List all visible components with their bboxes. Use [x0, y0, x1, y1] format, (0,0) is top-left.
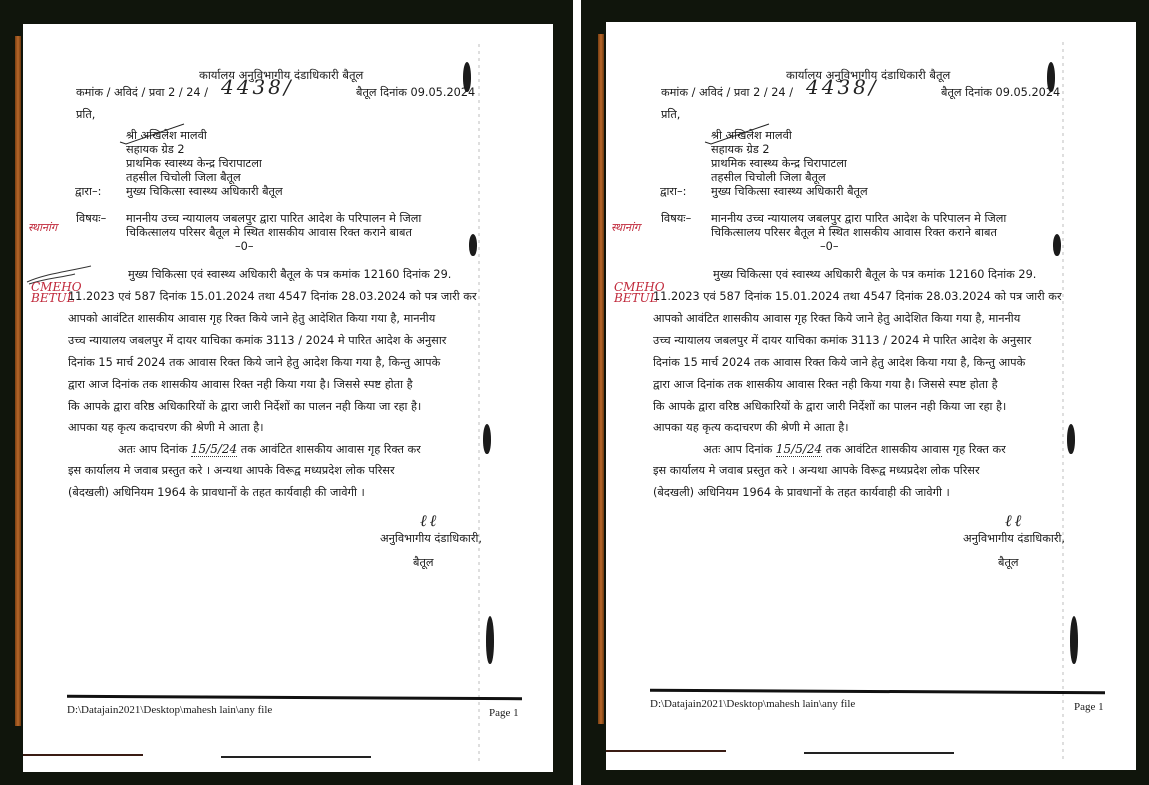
subject-label: विषयः–	[661, 212, 691, 226]
signatory-title: अनुविभागीय दंडाधिकारी,	[963, 532, 1065, 546]
para2-prefix: अतः आप दिनांक	[118, 443, 187, 456]
signature: ℓℓ	[420, 514, 439, 528]
body-line: 11.2023 एवं 587 दिनांक 15.01.2024 तथा 45…	[68, 290, 477, 304]
body-line: उच्च न्यायालय जबलपुर में दायर याचिका कमा…	[68, 334, 446, 348]
through-label: द्वारा–:	[660, 185, 686, 199]
body-line: मुख्य चिकित्सा एवं स्वास्थ्य अधिकारी बैत…	[128, 268, 451, 282]
scan-artifact-line	[221, 756, 371, 758]
fold-crease	[478, 44, 480, 764]
para2-prefix: अतः आप दिनांक	[703, 443, 772, 456]
separator: –0–	[820, 240, 838, 254]
document-page-right: कार्यालय अनुविभागीय दंडाधिकारी बैतूल कमा…	[606, 22, 1136, 770]
scan-artifact-line	[804, 752, 954, 754]
body-line: आपका यह कृत्य कदाचरण की श्रेणी मे आता है…	[653, 421, 849, 435]
para2-line: इस कार्यालय मे जवाब प्रस्तुत करे । अन्यथ…	[68, 464, 395, 478]
ref-prefix: कमांक / अविदं / प्रवा 2 / 24 /	[661, 86, 793, 100]
red-annotation: स्थानांग	[28, 222, 57, 233]
signature: ℓℓ	[1005, 514, 1024, 528]
footer-path: D:\Datajain2021\Desktop\mahesh lain\any …	[67, 704, 272, 716]
body-line: दिनांक 15 मार्च 2024 तक आवास रिक्त किये …	[653, 356, 1025, 370]
recipient-line: सहायक ग्रेड 2	[711, 143, 770, 157]
body-line: आपको आवंटित शासकीय आवास गृह रिक्त किये ज…	[653, 312, 1020, 326]
para2-first-line: अतः आप दिनांक 15/5/24 तक आवंटित शासकीय आ…	[118, 442, 421, 457]
ink-mark	[1067, 424, 1075, 454]
signatory-title: अनुविभागीय दंडाधिकारी,	[380, 532, 482, 546]
separator: –0–	[235, 240, 253, 254]
body-line: आपको आवंटित शासकीय आवास गृह रिक्त किये ज…	[68, 312, 435, 326]
subject-line: माननीय उच्च न्यायालय जबलपुर द्वारा पारित…	[126, 212, 421, 226]
body-line: दिनांक 15 मार्च 2024 तक आवास रिक्त किये …	[68, 356, 440, 370]
scan-artifact-line	[606, 750, 726, 752]
subject-line: चिकित्सालय परिसर बैतूल मे स्थित शासकीय आ…	[126, 226, 412, 240]
place-date: बैतूल दिनांक 09.05.2024	[941, 86, 1060, 100]
fold-crease	[1062, 42, 1064, 762]
recipient-line: तहसील चिचोली जिला बैतूल	[126, 171, 241, 185]
footer-page: Page 1	[1074, 701, 1104, 713]
para2-line: (बेदखली) अधिनियम 1964 के प्रावधानों के त…	[68, 486, 365, 500]
scan-edge	[598, 34, 604, 724]
body-line: आपका यह कृत्य कदाचरण की श्रेणी मे आता है…	[68, 421, 264, 435]
footer-path: D:\Datajain2021\Desktop\mahesh lain\any …	[650, 698, 855, 710]
body-line: 11.2023 एवं 587 दिनांक 15.01.2024 तथा 45…	[653, 290, 1062, 304]
recipient-line: सहायक ग्रेड 2	[126, 143, 185, 157]
para2-line: इस कार्यालय मे जवाब प्रस्तुत करे । अन्यथ…	[653, 464, 980, 478]
document-page-left: कार्यालय अनुविभागीय दंडाधिकारी बैतूल कमा…	[23, 24, 553, 772]
body-line: द्वारा आज दिनांक तक शासकीय आवास रिक्त नह…	[653, 378, 998, 392]
ink-mark	[1070, 616, 1078, 664]
ref-prefix: कमांक / अविदं / प्रवा 2 / 24 /	[76, 86, 208, 100]
ref-number-handwritten: 4438/	[806, 80, 879, 94]
signatory-place: बैतूल	[413, 556, 434, 570]
red-annotation: स्थानांग	[611, 222, 640, 233]
signatory-place: बैतूल	[998, 556, 1019, 570]
para2-first-line: अतः आप दिनांक 15/5/24 तक आवंटित शासकीय आ…	[703, 442, 1006, 457]
recipient-line: प्राथमिक स्वास्थ्य केन्द्र चिरापाटला	[126, 157, 262, 171]
scan-artifact-line	[23, 754, 143, 756]
footer-rule	[650, 689, 1105, 694]
ink-mark	[1053, 234, 1061, 256]
ref-number-handwritten: 4438/	[221, 80, 294, 94]
footer-page: Page 1	[489, 707, 519, 719]
subject-label: विषयः–	[76, 212, 106, 226]
para2-suffix: तक आवंटित शासकीय आवास गृह रिक्त कर	[826, 443, 1006, 456]
body-line: द्वारा आज दिनांक तक शासकीय आवास रिक्त नह…	[68, 378, 413, 392]
recipient-line: श्री अखिलेश मालवी	[711, 129, 792, 143]
recipient-line: प्राथमिक स्वास्थ्य केन्द्र चिरापाटला	[711, 157, 847, 171]
body-line: कि आपके द्वारा वरिष्ठ अधिकारियों के द्वा…	[653, 400, 1006, 414]
ink-mark	[469, 234, 477, 256]
para2-date-handwritten: 15/5/24	[191, 442, 237, 457]
subject-line: चिकित्सालय परिसर बैतूल मे स्थित शासकीय आ…	[711, 226, 997, 240]
footer-rule	[67, 695, 522, 700]
para2-line: (बेदखली) अधिनियम 1964 के प्रावधानों के त…	[653, 486, 950, 500]
recipient-line: तहसील चिचोली जिला बैतूल	[711, 171, 826, 185]
body-line: उच्च न्यायालय जबलपुर में दायर याचिका कमा…	[653, 334, 1031, 348]
ink-mark	[486, 616, 494, 664]
through-value: मुख्य चिकित्सा स्वास्थ्य अधिकारी बैतूल	[711, 185, 868, 199]
para2-suffix: तक आवंटित शासकीय आवास गृह रिक्त कर	[241, 443, 421, 456]
para2-date-handwritten: 15/5/24	[776, 442, 822, 457]
through-label: द्वारा–:	[75, 185, 101, 199]
page-separator	[573, 0, 581, 785]
ink-mark	[483, 424, 491, 454]
through-value: मुख्य चिकित्सा स्वास्थ्य अधिकारी बैतूल	[126, 185, 283, 199]
body-line: मुख्य चिकित्सा एवं स्वास्थ्य अधिकारी बैत…	[713, 268, 1036, 282]
body-line: कि आपके द्वारा वरिष्ठ अधिकारियों के द्वा…	[68, 400, 421, 414]
subject-line: माननीय उच्च न्यायालय जबलपुर द्वारा पारित…	[711, 212, 1006, 226]
to-label: प्रति,	[76, 108, 95, 122]
recipient-line: श्री अखिलेश मालवी	[126, 129, 207, 143]
place-date: बैतूल दिनांक 09.05.2024	[356, 86, 475, 100]
scan-edge	[15, 36, 21, 726]
to-label: प्रति,	[661, 108, 680, 122]
